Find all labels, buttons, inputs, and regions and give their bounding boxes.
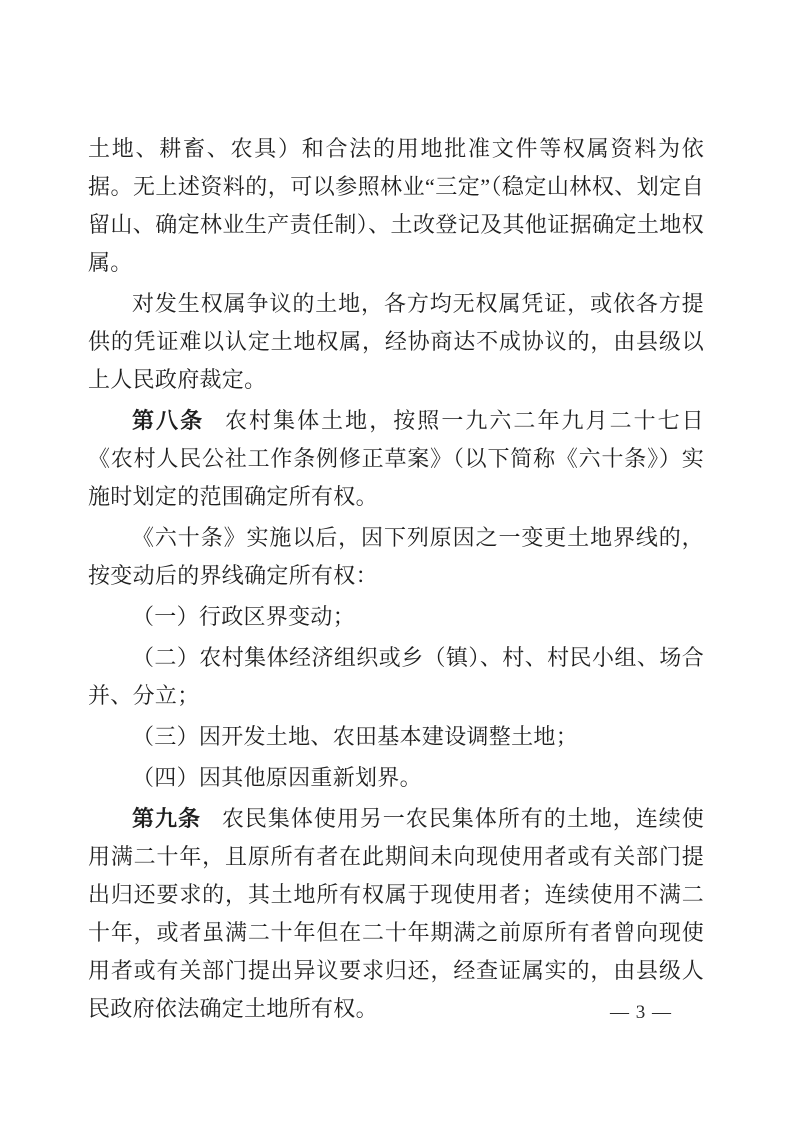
paragraph-article-9: 第九条农民集体使用另一农民集体所有的土地，连续使用满二十年，且原所有者在此期间未… [88,800,704,1028]
document-body: 土地、耕畜、农具）和合法的用地批准文件等权属资料为依据。无上述资料的，可以参照林… [88,130,704,1031]
paragraph-text: （三）因开发土地、农田基本建设调整土地； [132,724,578,749]
paragraph-text: 土地、耕畜、农具）和合法的用地批准文件等权属资料为依据。无上述资料的，可以参照林… [88,136,704,275]
list-item-4: （四）因其他原因重新划界。 [88,759,704,797]
article-9-number: 第九条 [132,806,201,831]
paragraph-text: （二）农村集体经济组织或乡（镇）、村、村民小组、场合并、分立； [88,645,704,708]
article-8-number: 第八条 [132,408,204,433]
paragraph-text: 《六十条》实施以后，因下列原因之一变更土地界线的，按变动后的界线确定所有权： [88,525,704,588]
list-item-3: （三）因开发土地、农田基本建设调整土地； [88,718,704,756]
paragraph-text: 农民集体使用另一农民集体所有的土地，连续使用满二十年，且原所有者在此期间未向现使… [88,806,704,1021]
page-number: — 3 — [610,1002,672,1024]
paragraph-article-8: 第八条农村集体土地，按照一九六二年九月二十七日《农村人民公社工作条例修正草案》（… [88,402,704,516]
paragraph-text: （四）因其他原因重新划界。 [132,765,422,790]
paragraph-text: （一）行政区界变动； [132,604,355,629]
list-item-1: （一）行政区界变动； [88,598,704,636]
paragraph-dispute-ruling: 对发生权属争议的土地，各方均无权属凭证，或依各方提供的凭证难以认定土地权属，经协… [88,285,704,399]
document-page: 土地、耕畜、农具）和合法的用地批准文件等权属资料为依据。无上述资料的，可以参照林… [0,0,794,1122]
paragraph-sixty-articles: 《六十条》实施以后，因下列原因之一变更土地界线的，按变动后的界线确定所有权： [88,519,704,595]
paragraph-text: 对发生权属争议的土地，各方均无权属凭证，或依各方提供的凭证难以认定土地权属，经协… [88,291,704,392]
list-item-2: （二）农村集体经济组织或乡（镇）、村、村民小组、场合并、分立； [88,639,704,715]
paragraph-continuation: 土地、耕畜、农具）和合法的用地批准文件等权属资料为依据。无上述资料的，可以参照林… [88,130,704,282]
